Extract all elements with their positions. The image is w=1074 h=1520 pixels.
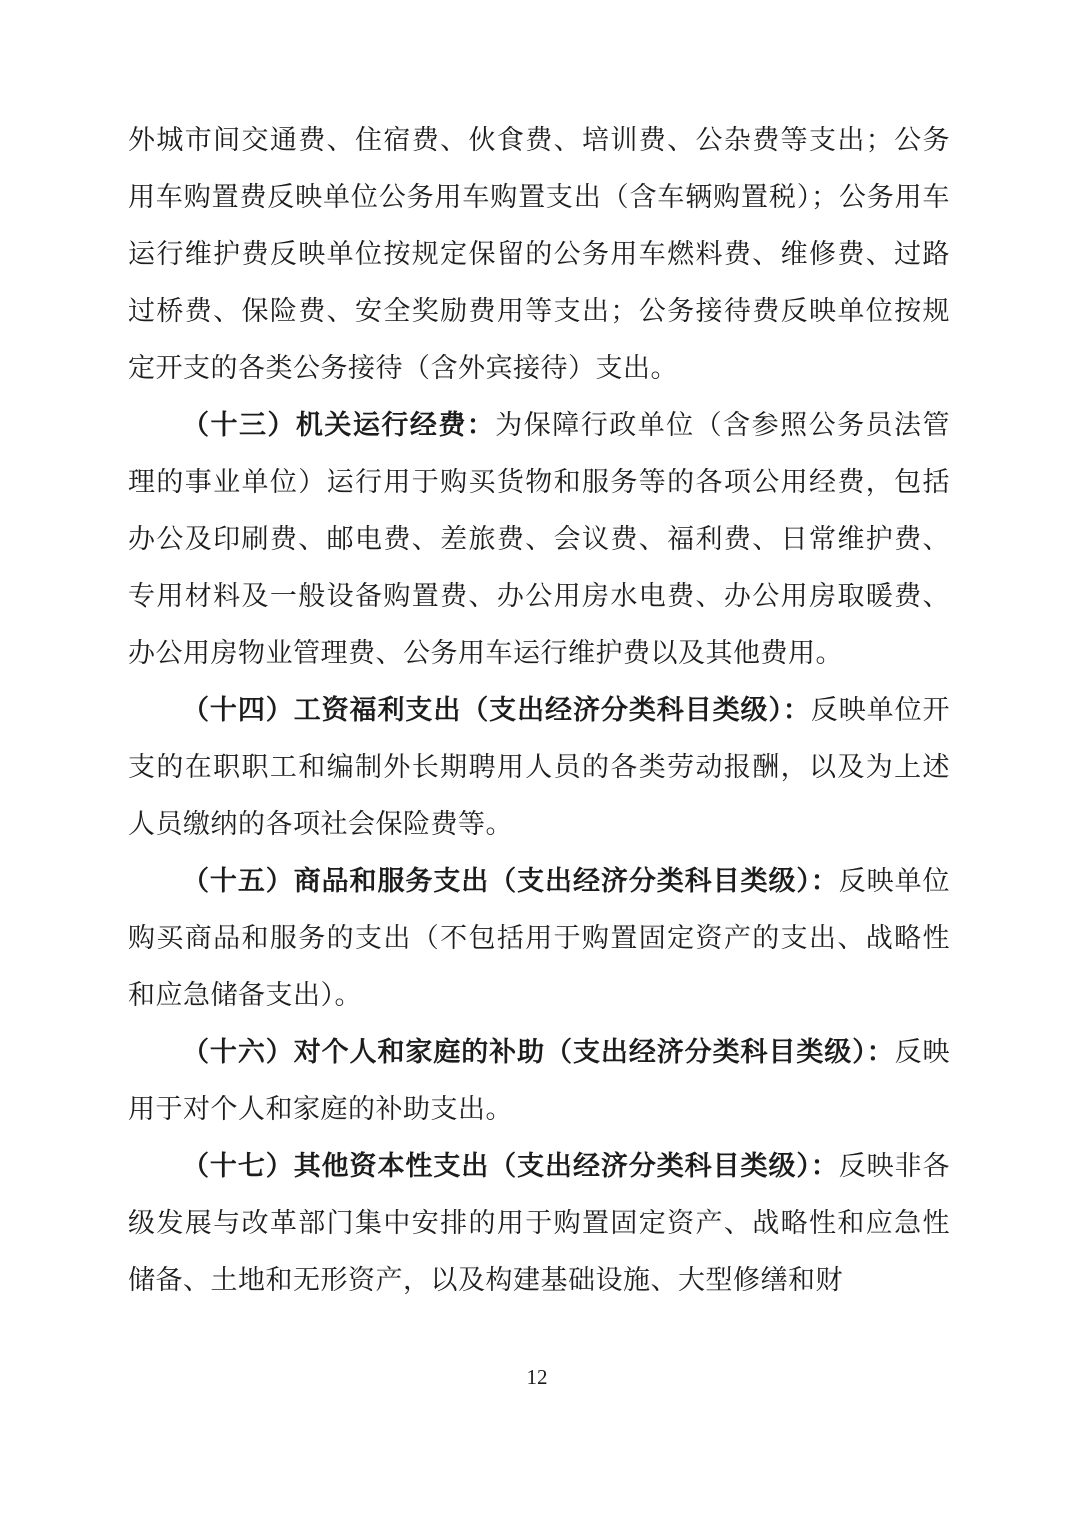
section-heading: （十三）机关运行经费： xyxy=(182,410,495,440)
paragraph-continuation: 外城市间交通费、住宿费、伙食费、培训费、公杂费等支出；公务用车购置费反映单位公务… xyxy=(128,112,950,397)
section-heading: （十五）商品和服务支出（支出经济分类科目类级）： xyxy=(182,866,839,896)
paragraph-text: 为保障行政单位（含参照公务员法管理的事业单位）运行用于购买货物和服务等的各项公用… xyxy=(128,410,950,668)
section-heading: （十七）其他资本性支出（支出经济分类科目类级）： xyxy=(182,1151,839,1181)
paragraph-text: 外城市间交通费、住宿费、伙食费、培训费、公杂费等支出；公务用车购置费反映单位公务… xyxy=(128,125,950,383)
section-heading: （十六）对个人和家庭的补助（支出经济分类科目类级）： xyxy=(182,1037,895,1067)
paragraph-section-16: （十六）对个人和家庭的补助（支出经济分类科目类级）：反映用于对个人和家庭的补助支… xyxy=(128,1024,950,1138)
document-page: 外城市间交通费、住宿费、伙食费、培训费、公杂费等支出；公务用车购置费反映单位公务… xyxy=(0,0,1074,1520)
paragraph-section-14: （十四）工资福利支出（支出经济分类科目类级）：反映单位开支的在职职工和编制外长期… xyxy=(128,682,950,853)
section-heading: （十四）工资福利支出（支出经济分类科目类级）： xyxy=(182,695,811,725)
paragraph-section-17: （十七）其他资本性支出（支出经济分类科目类级）：反映非各级发展与改革部门集中安排… xyxy=(128,1138,950,1309)
paragraph-section-13: （十三）机关运行经费：为保障行政单位（含参照公务员法管理的事业单位）运行用于购买… xyxy=(128,397,950,682)
page-number: 12 xyxy=(0,1362,1074,1392)
paragraph-section-15: （十五）商品和服务支出（支出经济分类科目类级）：反映单位购买商品和服务的支出（不… xyxy=(128,853,950,1024)
document-body: 外城市间交通费、住宿费、伙食费、培训费、公杂费等支出；公务用车购置费反映单位公务… xyxy=(128,112,950,1309)
